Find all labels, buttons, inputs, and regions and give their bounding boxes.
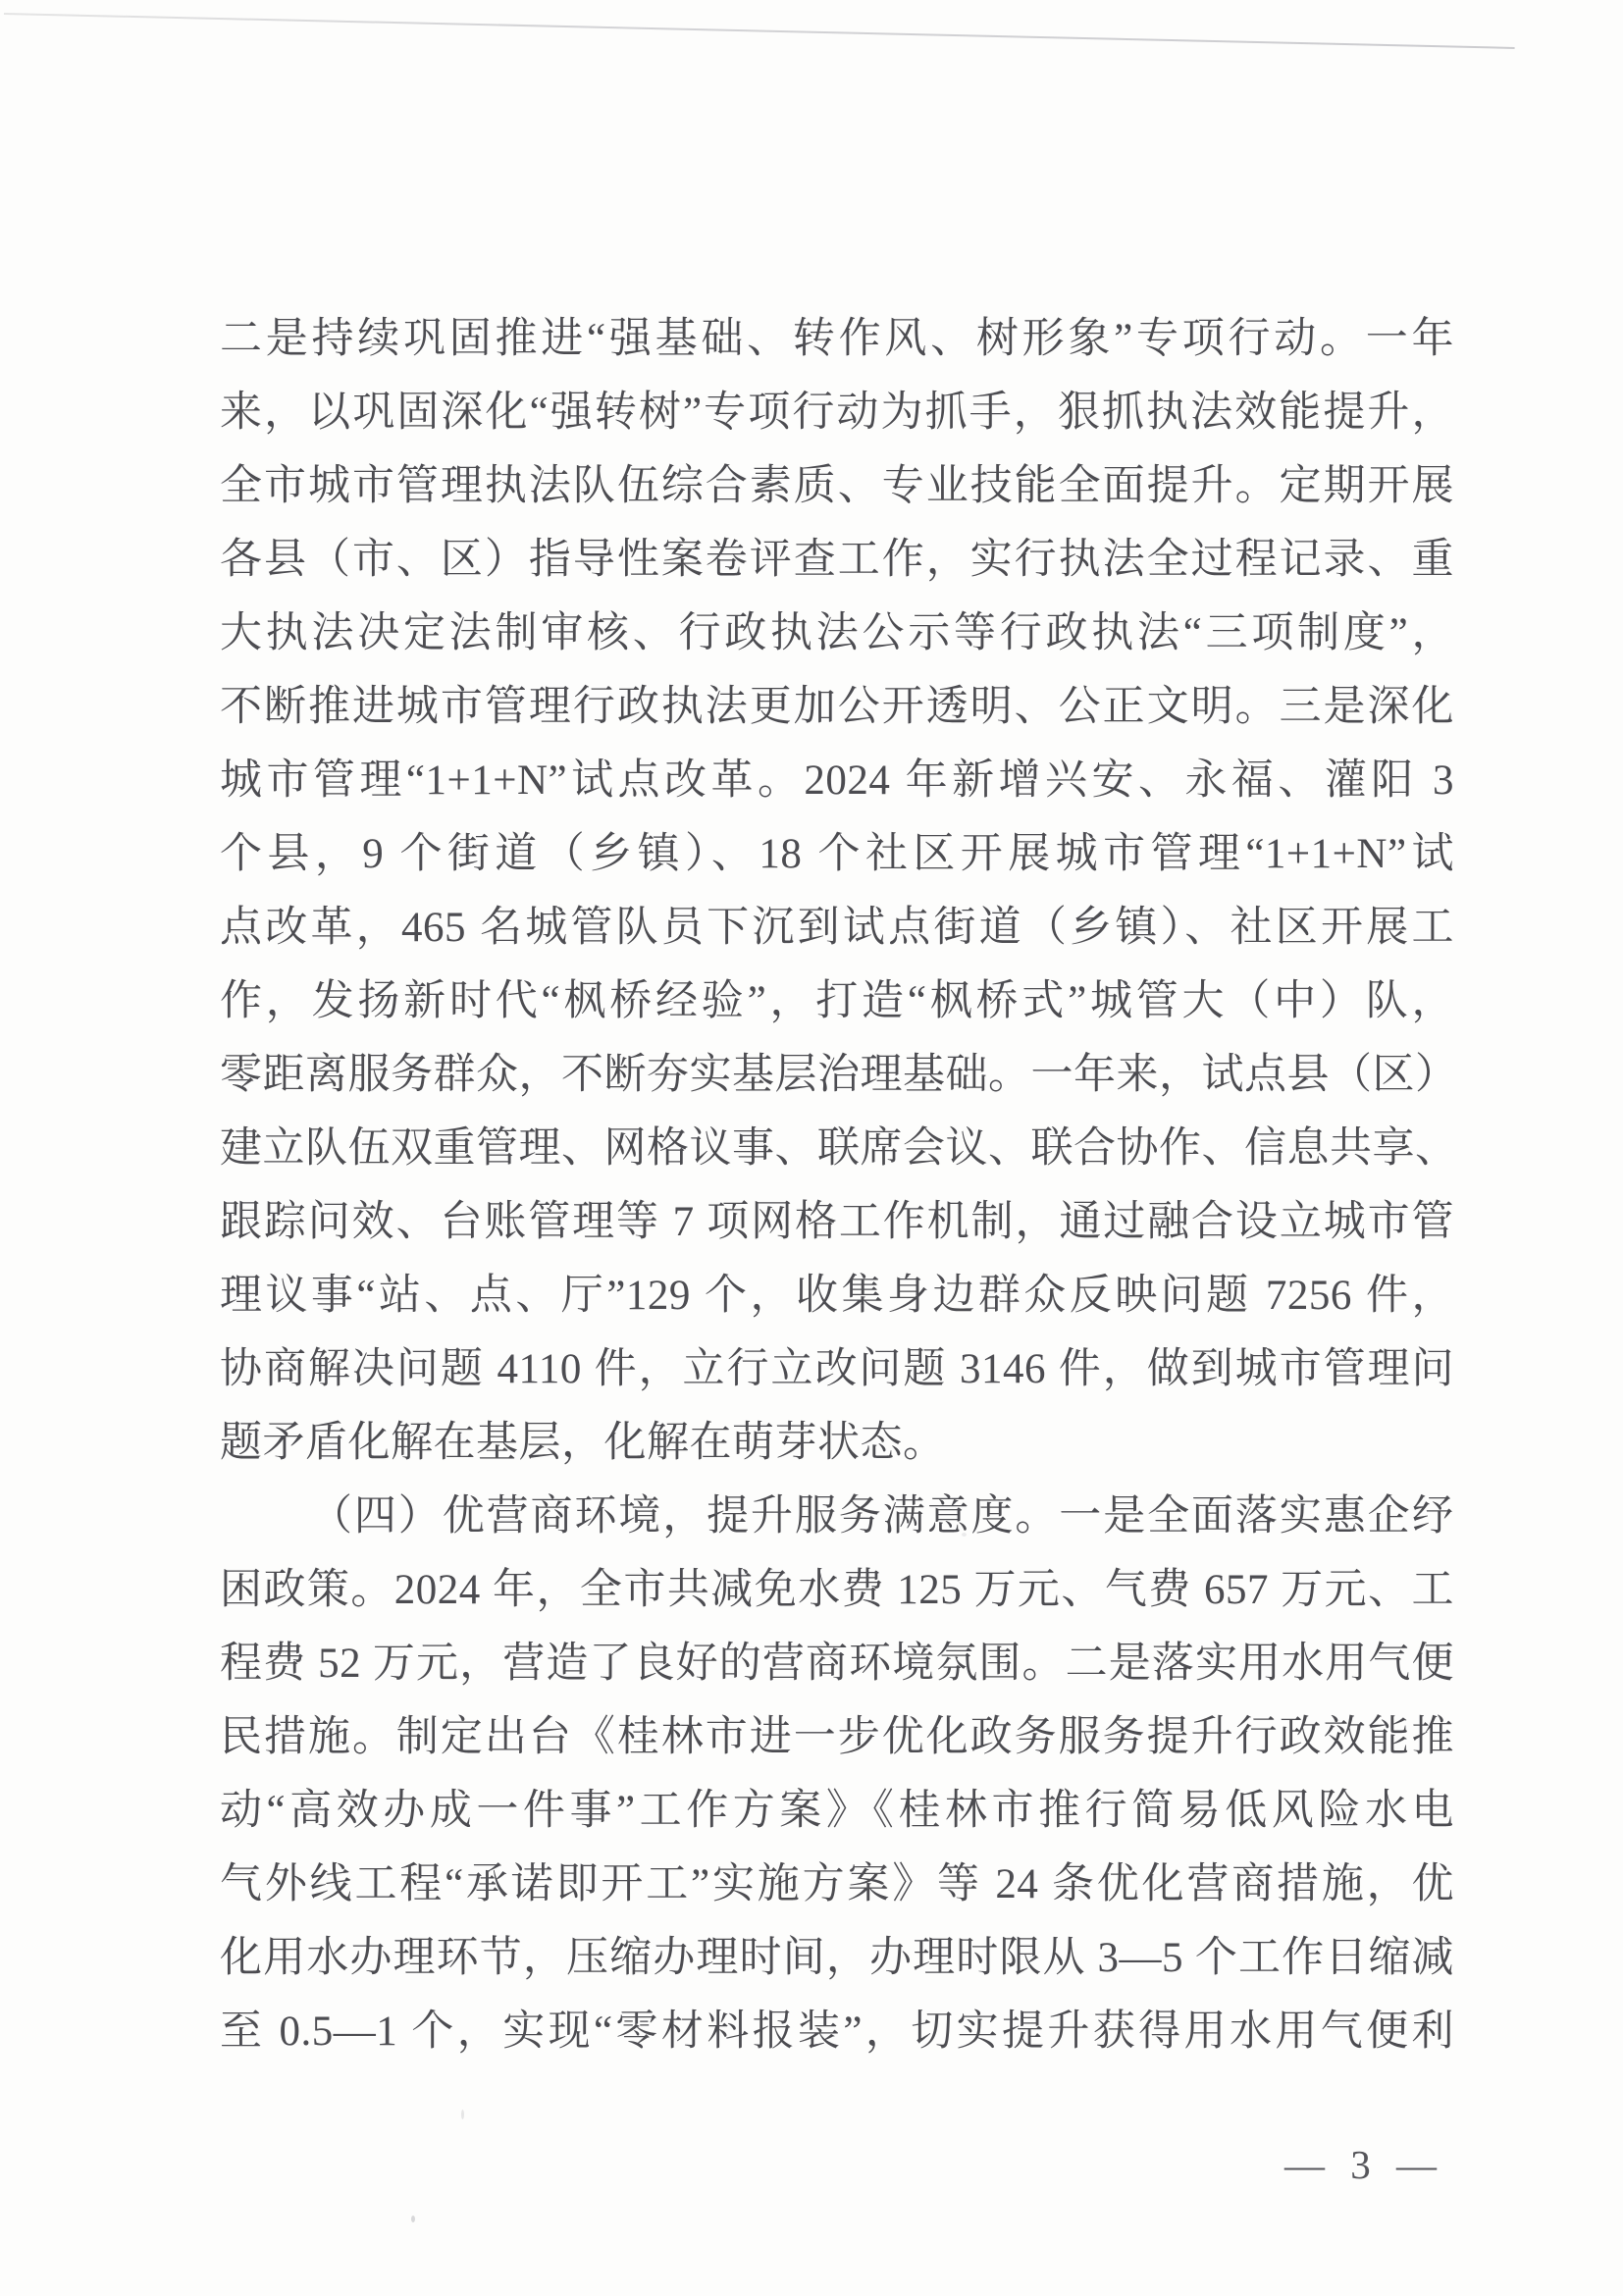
text-line: 动“高效办成一件事”工作方案》《桂林市推行简易低风险水电 <box>220 1774 1454 1848</box>
document-page: 二是持续巩固推进“强基础、转作风、树形象”专项行动。一年 来，以巩固深化“强转树… <box>0 0 1623 2296</box>
scan-artifact-line <box>4 13 1515 49</box>
page-number: — 3 — <box>1284 2141 1444 2188</box>
text-line: 点改革，465 名城管队员下沉到试点街道（乡镇）、社区开展工 <box>220 891 1454 965</box>
text-line: 个县，9 个街道（乡镇）、18 个社区开展城市管理“1+1+N”试 <box>220 817 1454 891</box>
scan-speck <box>461 2110 464 2119</box>
text-line: 大执法决定法制审核、行政执法公示等行政执法“三项制度”， <box>220 597 1454 670</box>
text-line: 作，发扬新时代“枫桥经验”，打造“枫桥式”城管大（中）队， <box>220 965 1454 1038</box>
text-line: 来，以巩固深化“强转树”专项行动为抓手，狠抓执法效能提升， <box>220 376 1454 449</box>
text-line: 至 0.5—1 个，实现“零材料报装”，切实提升获得用水用气便利 <box>220 1995 1454 2068</box>
text-line: 跟踪问效、台账管理等 7 项网格工作机制，通过融合设立城市管 <box>220 1185 1454 1259</box>
text-line: 协商解决问题 4110 件，立行立改问题 3146 件，做到城市管理问 <box>220 1332 1454 1406</box>
text-line: 全市城市管理执法队伍综合素质、专业技能全面提升。定期开展 <box>220 449 1454 523</box>
text-line: 程费 52 万元，营造了良好的营商环境氛围。二是落实用水用气便 <box>220 1627 1454 1700</box>
text-line: 民措施。制定出台《桂林市进一步优化政务服务提升行政效能推 <box>220 1700 1454 1774</box>
text-line: 不断推进城市管理行政执法更加公开透明、公正文明。三是深化 <box>220 670 1454 744</box>
text-line: 气外线工程“承诺即开工”实施方案》等 24 条优化营商措施，优 <box>220 1848 1454 1921</box>
text-line: 建立队伍双重管理、网格议事、联席会议、联合协作、信息共享、 <box>220 1112 1454 1185</box>
text-line: 零距离服务群众，不断夯实基层治理基础。一年来，试点县（区） <box>220 1038 1454 1112</box>
text-line: 理议事“站、点、厅”129 个，收集身边群众反映问题 7256 件， <box>220 1259 1454 1332</box>
text-line: 城市管理“1+1+N”试点改革。2024 年新增兴安、永福、灌阳 3 <box>220 744 1454 817</box>
text-line-paragraph-end: 题矛盾化解在基层，化解在萌芽状态。 <box>220 1406 1454 1480</box>
text-line: 各县（市、区）指导性案卷评查工作，实行执法全过程记录、重 <box>220 523 1454 597</box>
text-line: 困政策。2024 年，全市共减免水费 125 万元、气费 657 万元、工 <box>220 1553 1454 1627</box>
text-line: 化用水办理环节，压缩办理时间，办理时限从 3—5 个工作日缩减 <box>220 1921 1454 1995</box>
text-line: 二是持续巩固推进“强基础、转作风、树形象”专项行动。一年 <box>220 302 1454 376</box>
document-body: 二是持续巩固推进“强基础、转作风、树形象”专项行动。一年 来，以巩固深化“强转树… <box>220 302 1454 2068</box>
text-line-section-heading: （四）优营商环境，提升服务满意度。一是全面落实惠企纾 <box>220 1480 1454 1553</box>
scan-speck <box>411 2216 415 2222</box>
